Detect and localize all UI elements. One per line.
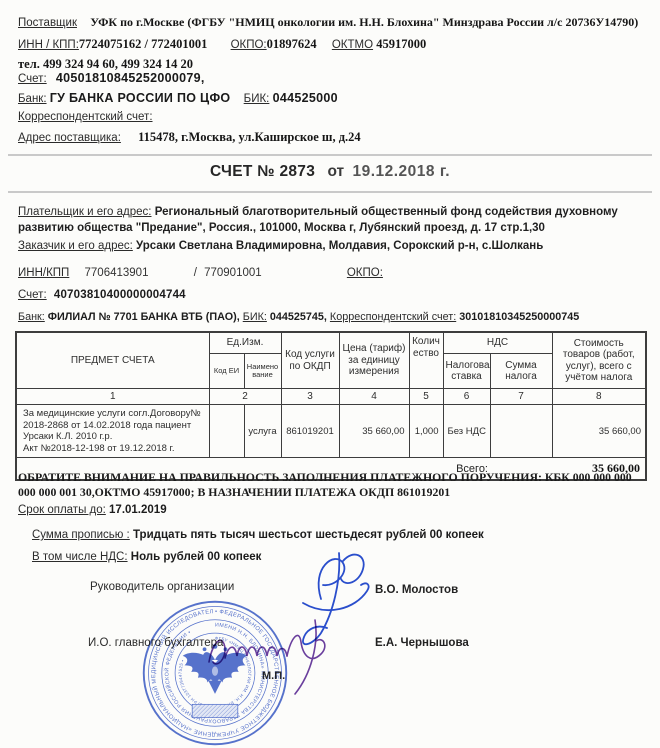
separator-line-top — [8, 154, 652, 156]
payer-inn-kpp-label: ИНН/КПП — [18, 267, 69, 279]
supplier-bank-label: Банк: — [18, 93, 47, 105]
cell-vat-rate: Без НДС — [443, 405, 490, 458]
cell-price: 35 660,00 — [339, 405, 409, 458]
cell-subject: За медицинские услуги согл.Договору№ 201… — [16, 405, 209, 458]
payer-bik-label: БИК: — [243, 311, 267, 323]
supplier-account-value: 40501810845252000079, — [56, 71, 205, 85]
supplier-account-line: Счет: 40501810845252000079, — [18, 71, 205, 85]
invoice-document: Поставщик УФК по г.Москве (ФГБУ "НМИЦ он… — [0, 0, 660, 748]
supplier-bank-line: Банк: ГУ БАНКА РОССИИ ПО ЦФО БИК: 044525… — [18, 91, 338, 105]
inn-kpp-label: ИНН / КПП: — [18, 39, 79, 51]
oktmo-label: ОКТМО — [332, 39, 373, 51]
payment-notice: ОБРАТИТЕ ВНИМАНИЕ НА ПРАВИЛЬНОСТЬ ЗАПОЛН… — [18, 470, 648, 500]
col-okdp-header: Код услуги по ОКДП — [281, 332, 339, 389]
subject-line-4: Акт №2018-12-198 от 19.12.2018 г. — [23, 443, 206, 455]
colnum-2: 2 — [209, 389, 281, 405]
items-table: ПРЕДМЕТ СЧЕТА Ед.Изм. Код услуги по ОКДП… — [15, 331, 647, 481]
payer-account-label: Счет: — [18, 289, 47, 301]
payer-bank-label: Банк: — [18, 311, 45, 323]
col-total-header: Стоимость товаров (работ, услуг), всего … — [552, 332, 646, 389]
payer-okpo-label: ОКПО: — [347, 267, 383, 279]
col-unit-code-header: Код ЕИ — [209, 354, 244, 389]
col-subject-header: ПРЕДМЕТ СЧЕТА — [16, 332, 209, 389]
supplier-line: Поставщик УФК по г.Москве (ФГБУ "НМИЦ он… — [18, 15, 638, 30]
vat-words-label: В том числе НДС: — [32, 551, 128, 563]
col-unit-group-header: Ед.Изм. — [209, 332, 281, 354]
payer-account-value: 40703810400000004744 — [54, 289, 186, 301]
supplier-inn-line: ИНН / КПП:7724075162 / 772401001 ОКПО:01… — [18, 37, 426, 52]
colnum-7: 7 — [490, 389, 552, 405]
colnum-3: 3 — [281, 389, 339, 405]
amount-words-label: Сумма прописью : — [32, 529, 130, 541]
subject-line-1: За медицинские услуги согл.Договору№ — [23, 408, 206, 420]
invoice-title: СЧЕТ № 2873 от 19.12.2018 г. — [0, 163, 660, 181]
supplier-corr-line: Корреспондентский счет: — [18, 111, 153, 123]
colnum-8: 8 — [552, 389, 646, 405]
notice-line-2: 000 000 001 30,ОКТМО 45917000; В НАЗНАЧЕ… — [18, 485, 648, 500]
supplier-address-value: 115478, г.Москва, ул.Каширское ш, д.24 — [138, 130, 361, 144]
colnum-5: 5 — [409, 389, 443, 405]
oktmo-value: 45917000 — [376, 37, 426, 51]
table-header-row-1: ПРЕДМЕТ СЧЕТА Ед.Изм. Код услуги по ОКДП… — [16, 332, 646, 354]
amount-words-value: Тридцать пять тысяч шестьсот шестьдесят … — [133, 529, 484, 541]
inn-kpp-value: 7724075162 / 772401001 — [79, 37, 207, 51]
supplier-value: УФК по г.Москве (ФГБУ "НМИЦ онкологии им… — [90, 15, 638, 29]
invoice-number: СЧЕТ № 2873 — [210, 163, 315, 180]
payer-bik-value: 044525745, — [270, 311, 327, 323]
invoice-date: 19.12.2018 г. — [352, 163, 450, 180]
due-date-line: Срок оплаты до: 17.01.2019 — [18, 504, 167, 516]
cell-total: 35 660,00 — [552, 405, 646, 458]
payer-line: Плательщик и его адрес: Региональный бла… — [18, 205, 644, 236]
payer-kpp-value: 770901001 — [204, 267, 262, 279]
payer-bank-line: Банк: ФИЛИАЛ № 7701 БАНКА ВТБ (ПАО), БИК… — [18, 311, 579, 323]
due-date-value: 17.01.2019 — [109, 504, 167, 516]
table-item-row: За медицинские услуги согл.Договору№ 201… — [16, 405, 646, 458]
col-vat-group-header: НДС — [443, 332, 552, 354]
subject-line-3: Урсаки К.Л. 2010 г.р. — [23, 431, 206, 443]
cell-unit-code — [209, 405, 244, 458]
separator-line-title — [8, 191, 652, 193]
due-date-label: Срок оплаты до: — [18, 504, 106, 516]
colnum-1: 1 — [16, 389, 209, 405]
col-qty-header: Количество — [409, 332, 443, 389]
customer-line: Заказчик и его адрес: Урсаки Светлана Вл… — [18, 240, 543, 252]
vat-words-line: В том числе НДС: Ноль рублей 00 копеек — [32, 551, 261, 563]
subject-line-2: 2018-2868 от 14.02.2018 года пациент — [23, 420, 206, 432]
payer-bank-value: ФИЛИАЛ № 7701 БАНКА ВТБ (ПАО), — [48, 311, 240, 323]
cell-okdp: 861019201 — [281, 405, 339, 458]
supplier-label: Поставщик — [18, 17, 77, 29]
cell-qty: 1,000 — [409, 405, 443, 458]
stamp-number-box — [192, 704, 238, 717]
cell-vat-sum — [490, 405, 552, 458]
table-numbering-row: 1 2 3 4 5 6 7 8 — [16, 389, 646, 405]
payer-label: Плательщик и его адрес: — [18, 206, 151, 218]
supplier-phone: тел. 499 324 94 60, 499 324 14 20 — [18, 57, 193, 72]
payer-corr-value: 30101810345250000745 — [459, 311, 579, 323]
supplier-bik-value: 044525000 — [273, 91, 338, 105]
okpo-label: ОКПО: — [231, 39, 267, 51]
head-signature-label: Руководитель организации — [90, 581, 234, 593]
payer-inn-kpp-sep: / — [194, 267, 197, 279]
invoice-from-word: от — [327, 163, 344, 180]
colnum-4: 4 — [339, 389, 409, 405]
supplier-bik-label: БИК: — [244, 93, 270, 105]
col-price-header: Цена (тариф) за единицу измерения — [339, 332, 409, 389]
customer-value: Урсаки Светлана Владимировна, Молдавия, … — [136, 240, 543, 252]
colnum-6: 6 — [443, 389, 490, 405]
amount-words-line: Сумма прописью : Тридцать пять тысяч шес… — [32, 529, 484, 541]
col-vat-sum-header: Сумма налога — [490, 354, 552, 389]
supplier-account-label: Счет: — [18, 73, 47, 85]
payer-corr-label: Корреспондентский счет: — [330, 311, 456, 323]
col-unit-name-header: Наименование — [244, 354, 281, 389]
supplier-address-label: Адрес поставщика: — [18, 132, 121, 144]
accountant-signature — [203, 614, 353, 699]
cell-unit-name: услуга — [244, 405, 281, 458]
supplier-corr-label: Корреспондентский счет: — [18, 111, 153, 123]
customer-label: Заказчик и его адрес: — [18, 240, 133, 252]
supplier-bank-value: ГУ БАНКА РОССИИ ПО ЦФО — [50, 91, 231, 105]
notice-line-1: ОБРАТИТЕ ВНИМАНИЕ НА ПРАВИЛЬНОСТЬ ЗАПОЛН… — [18, 470, 648, 485]
payer-inn-value: 7706413901 — [85, 267, 149, 279]
vat-words-value: Ноль рублей 00 копеек — [131, 551, 262, 563]
payer-account-line: Счет: 40703810400000004744 — [18, 289, 186, 301]
okpo-value: 01897624 — [267, 37, 317, 51]
payer-inn-line: ИНН/КПП 7706413901 / 770901001 ОКПО: — [18, 267, 383, 279]
supplier-address-line: Адрес поставщика: 115478, г.Москва, ул.К… — [18, 130, 361, 145]
col-vat-rate-header: Налоговая ставка — [443, 354, 490, 389]
